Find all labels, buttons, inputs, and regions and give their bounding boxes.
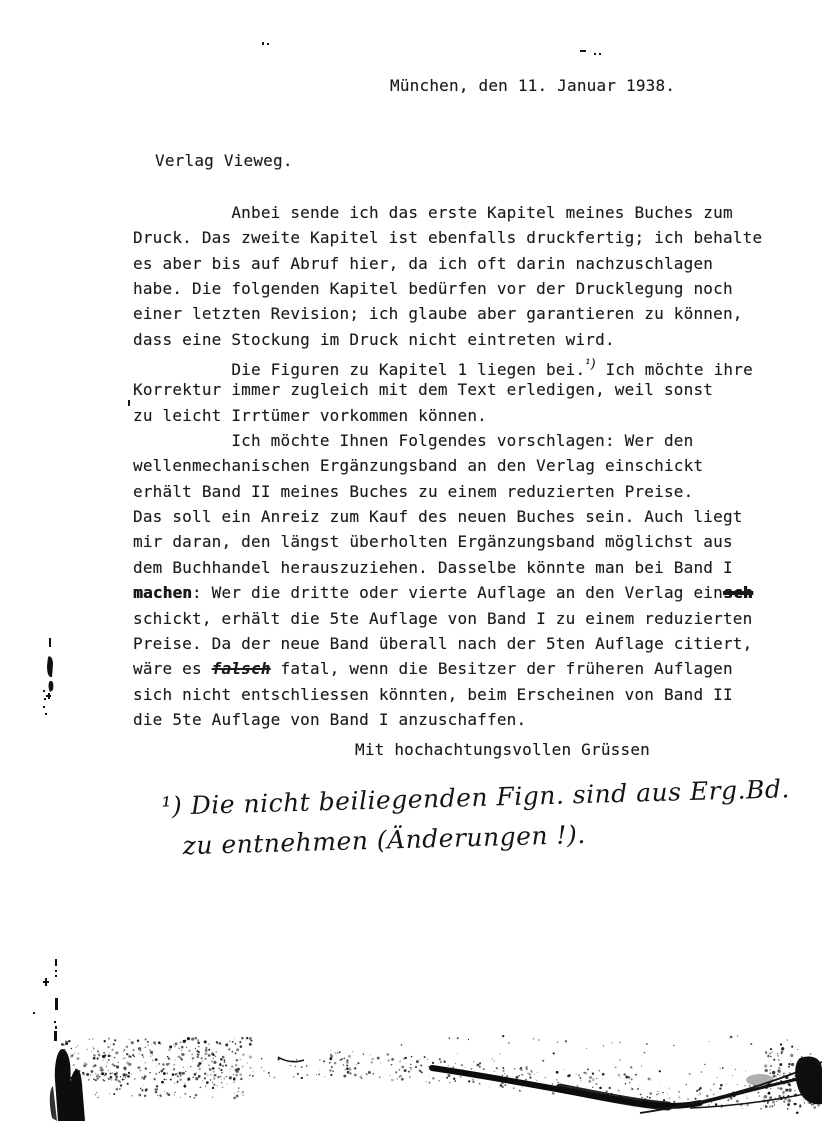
text-segment: erhält Band II meines Buches zu einem re… bbox=[133, 482, 693, 501]
handwritten-footnote: ¹) Die nicht beiliegenden Fign. sind aus… bbox=[161, 769, 791, 867]
body-line: Preise. Da der neue Band überall nach de… bbox=[133, 631, 762, 656]
text-segment: dass eine Stockung im Druck nicht eintre… bbox=[133, 330, 615, 349]
body-line: Das soll ein Anreiz zum Kauf des neuen B… bbox=[133, 504, 762, 529]
text-segment: habe. Die folgenden Kapitel bedürfen vor… bbox=[133, 279, 733, 298]
body-line: Druck. Das zweite Kapitel ist ebenfalls … bbox=[133, 225, 762, 250]
text-segment: Ich möchte Ihnen Folgendes vorschlagen: … bbox=[133, 431, 693, 450]
text-segment: einer letzten Revision; ich glaube aber … bbox=[133, 304, 743, 323]
text-segment: sch bbox=[723, 583, 753, 602]
scan-noise-speckles bbox=[61, 1035, 821, 1114]
body-line: Ich möchte Ihnen Folgendes vorschlagen: … bbox=[133, 428, 762, 453]
body-line: dem Buchhandel herauszuziehen. Dasselbe … bbox=[133, 555, 762, 580]
letter-body: Anbei sende ich das erste Kapitel meines… bbox=[133, 200, 762, 732]
body-line: erhält Band II meines Buches zu einem re… bbox=[133, 479, 762, 504]
text-segment: fatal, wenn die Besitzer der früheren Au… bbox=[271, 659, 733, 678]
text-segment: schickt, erhält die 5te Auflage von Band… bbox=[133, 609, 752, 628]
text-segment: dem Buchhandel herauszuziehen. Dasselbe … bbox=[133, 558, 733, 577]
body-line: zu leicht Irrtümer vorkommen können. bbox=[133, 403, 762, 428]
text-segment: es aber bis auf Abruf hier, da ich oft d… bbox=[133, 254, 713, 273]
text-segment: falsch bbox=[212, 659, 271, 678]
closing-line: Mit hochachtungsvollen Grüssen bbox=[355, 740, 650, 759]
text-segment: zu leicht Irrtümer vorkommen können. bbox=[133, 406, 487, 425]
text-segment: Das soll ein Anreiz zum Kauf des neuen B… bbox=[133, 507, 743, 526]
text-segment: machen bbox=[133, 583, 192, 602]
recipient-line: Verlag Vieweg. bbox=[155, 151, 293, 170]
text-segment: Preise. Da der neue Band überall nach de… bbox=[133, 634, 752, 653]
text-segment: wellenmechanischen Ergänzungsband an den… bbox=[133, 456, 703, 475]
text-segment: Druck. Das zweite Kapitel ist ebenfalls … bbox=[133, 228, 762, 247]
text-segment: die 5te Auflage von Band I anzuschaffen. bbox=[133, 710, 526, 729]
body-line: es aber bis auf Abruf hier, da ich oft d… bbox=[133, 251, 762, 276]
text-segment: Korrektur immer zugleich mit dem Text er… bbox=[133, 380, 713, 399]
body-line: sich nicht entschliessen könnten, beim E… bbox=[133, 682, 762, 707]
left-margin-marks bbox=[33, 638, 58, 1041]
text-segment: ¹) bbox=[585, 357, 595, 372]
text-segment: sich nicht entschliessen könnten, beim E… bbox=[133, 685, 733, 704]
body-line: dass eine Stockung im Druck nicht eintre… bbox=[133, 327, 762, 352]
body-line: wäre es falsch fatal, wenn die Besitzer … bbox=[133, 656, 762, 681]
body-line: die 5te Auflage von Band I anzuschaffen. bbox=[133, 707, 762, 732]
body-line: wellenmechanischen Ergänzungsband an den… bbox=[133, 453, 762, 478]
text-segment: : Wer die dritte oder vierte Auflage an … bbox=[192, 583, 723, 602]
body-line: einer letzten Revision; ich glaube aber … bbox=[133, 301, 762, 326]
ink-smudge bbox=[50, 1035, 822, 1121]
body-line: mir daran, den längst überholten Ergänzu… bbox=[133, 529, 762, 554]
body-line: Anbei sende ich das erste Kapitel meines… bbox=[133, 200, 762, 225]
text-segment: Ich möchte ihre bbox=[596, 360, 753, 379]
body-line: schickt, erhält die 5te Auflage von Band… bbox=[133, 606, 762, 631]
text-segment: wäre es bbox=[133, 659, 212, 678]
body-line: Korrektur immer zugleich mit dem Text er… bbox=[133, 377, 762, 402]
text-segment: Anbei sende ich das erste Kapitel meines… bbox=[133, 203, 733, 222]
text-segment: mir daran, den längst überholten Ergänzu… bbox=[133, 532, 733, 551]
letter-scan-page: München, den 11. Januar 1938. Verlag Vie… bbox=[0, 0, 822, 1123]
text-segment: Die Figuren zu Kapitel 1 liegen bei. bbox=[133, 360, 585, 379]
dateline: München, den 11. Januar 1938. bbox=[390, 76, 675, 95]
body-line: habe. Die folgenden Kapitel bedürfen vor… bbox=[133, 276, 762, 301]
body-line: machen: Wer die dritte oder vierte Aufla… bbox=[133, 580, 762, 605]
body-line: Die Figuren zu Kapitel 1 liegen bei.¹) I… bbox=[133, 352, 762, 377]
